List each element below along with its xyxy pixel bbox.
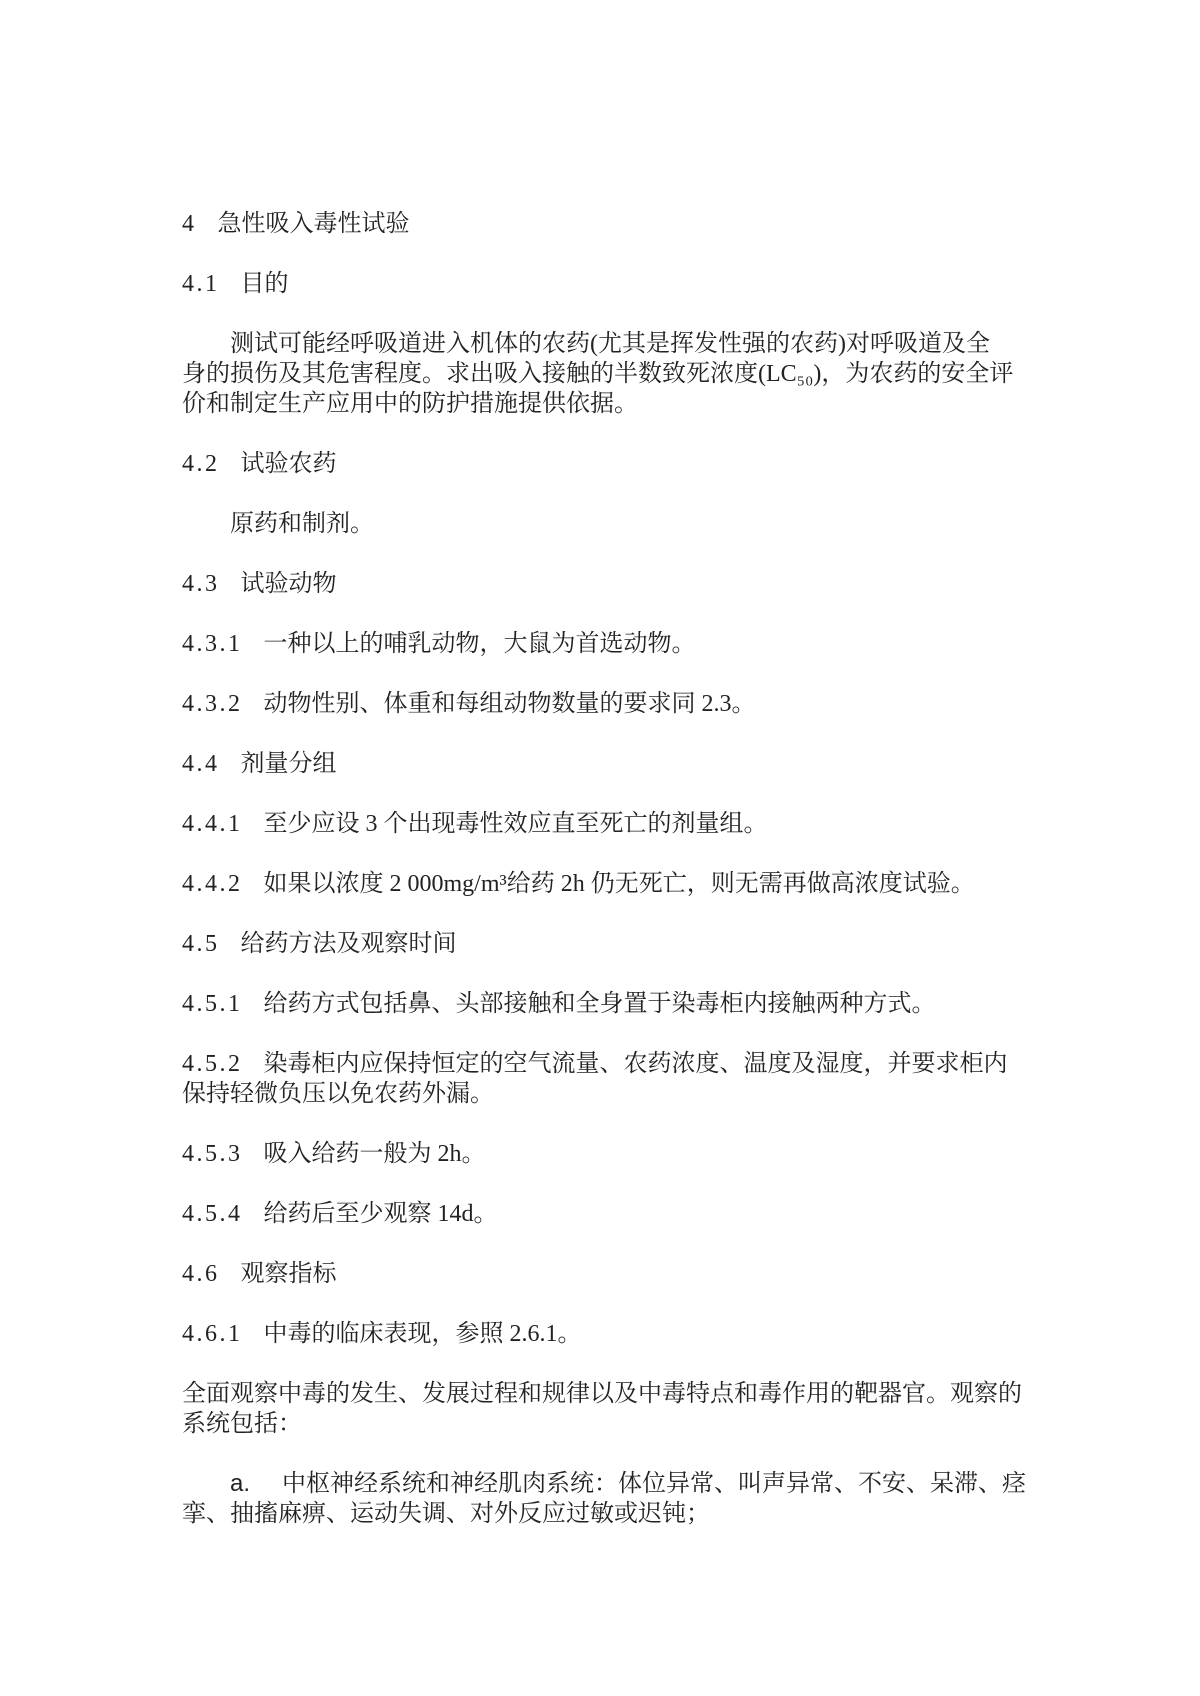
section-title: 试验农药: [241, 451, 337, 477]
text-line: 系统包括：: [182, 1409, 1042, 1439]
heading-line: 4.3试验动物: [182, 569, 1042, 599]
text-line: 原药和制剂。: [182, 509, 1042, 539]
text-line: 价和制定生产应用中的防护措施提供依据。: [182, 389, 1042, 419]
clause-4-3-2: 4.3.2动物性别、体重和每组动物数量的要求同 2.3。: [182, 689, 1042, 719]
paragraph-text: 测试可能经呼吸道进入机体的农药(尤其是挥发性强的农药)对呼吸道及全: [230, 331, 990, 357]
heading-line: 4.1目的: [182, 269, 1042, 299]
para-test-pesticide: 原药和制剂。: [182, 509, 1042, 539]
section-number: 4.4.1: [182, 811, 243, 837]
heading-section-4-1: 4.1目的: [182, 269, 1042, 299]
clause-text: 保持轻微负压以免农药外漏。: [182, 1081, 494, 1107]
heading-section-4-2: 4.2试验农药: [182, 449, 1042, 479]
section-number: 4.6.1: [182, 1321, 243, 1347]
heading-section-4: 4急性吸入毒性试验: [182, 209, 1042, 239]
first-line-indent: [182, 530, 230, 531]
clause-4-3-1: 4.3.1一种以上的哺乳动物，大鼠为首选动物。: [182, 629, 1042, 659]
clause-4-5-1: 4.5.1给药方式包括鼻、头部接触和全身置于染毒柜内接触两种方式。: [182, 989, 1042, 1019]
text-line: 4.5.2染毒柜内应保持恒定的空气流量、农药浓度、温度及湿度，并要求柜内: [182, 1049, 1042, 1079]
text-line: 4.3.2动物性别、体重和每组动物数量的要求同 2.3。: [182, 689, 1042, 719]
clause-4-5-4: 4.5.4给药后至少观察 14d。: [182, 1199, 1042, 1229]
text-line: 挛、抽搐麻痹、运动失调、对外反应过敏或迟钝；: [182, 1499, 1042, 1529]
para-purpose: 测试可能经呼吸道进入机体的农药(尤其是挥发性强的农药)对呼吸道及全身的损伤及其危…: [182, 329, 1042, 419]
text-line: 4.5.3吸入给药一般为 2h。: [182, 1139, 1042, 1169]
list-text: 挛、抽搐麻痹、运动失调、对外反应过敏或迟钝；: [182, 1501, 710, 1527]
document-body: 4急性吸入毒性试验4.1目的测试可能经呼吸道进入机体的农药(尤其是挥发性强的农药…: [182, 209, 1042, 1529]
heading-line: 4.4剂量分组: [182, 749, 1042, 779]
text-line: 保持轻微负压以免农药外漏。: [182, 1079, 1042, 1109]
paragraph-text: 原药和制剂。: [230, 511, 374, 537]
text-line: 身的损伤及其危害程度。求出吸入接触的半数致死浓度(LC₅₀)，为农药的安全评: [182, 359, 1042, 389]
clause-4-5-3: 4.5.3吸入给药一般为 2h。: [182, 1139, 1042, 1169]
section-number: 4.5.4: [182, 1201, 243, 1227]
clause-text: 吸入给药一般为 2h。: [264, 1141, 486, 1167]
text-line: 4.4.2如果以浓度 2 000mg/m³给药 2h 仍无死亡，则无需再做高浓度…: [182, 869, 1042, 899]
section-number: 4.5.2: [182, 1051, 243, 1077]
first-line-indent: [182, 350, 230, 351]
clause-4-4-1: 4.4.1至少应设 3 个出现毒性效应直至死亡的剂量组。: [182, 809, 1042, 839]
section-title: 试验动物: [241, 571, 337, 597]
document-page: 4急性吸入毒性试验4.1目的测试可能经呼吸道进入机体的农药(尤其是挥发性强的农药…: [0, 0, 1200, 1696]
heading-line: 4.2试验农药: [182, 449, 1042, 479]
clause-4-6-1: 4.6.1中毒的临床表现，参照 2.6.1。: [182, 1319, 1042, 1349]
paragraph-text: 价和制定生产应用中的防护措施提供依据。: [182, 391, 638, 417]
clause-text: 至少应设 3 个出现毒性效应直至死亡的剂量组。: [264, 811, 768, 837]
heading-section-4-4: 4.4剂量分组: [182, 749, 1042, 779]
section-number: 4.4.2: [182, 871, 243, 897]
text-line: 4.5.1给药方式包括鼻、头部接触和全身置于染毒柜内接触两种方式。: [182, 989, 1042, 1019]
first-line-indent: [182, 1490, 230, 1491]
heading-line: 4.6观察指标: [182, 1259, 1042, 1289]
text-line: 4.5.4给药后至少观察 14d。: [182, 1199, 1042, 1229]
paragraph-text: 系统包括：: [182, 1411, 302, 1437]
section-number: 4.2: [182, 451, 220, 477]
section-number: 4.3.2: [182, 691, 243, 717]
section-title: 急性吸入毒性试验: [218, 211, 410, 237]
heading-line: 4急性吸入毒性试验: [182, 209, 1042, 239]
paragraph-text: 全面观察中毒的发生、发展过程和规律以及中毒特点和毒作用的靶器官。观察的: [182, 1381, 1022, 1407]
section-number: 4.6: [182, 1261, 220, 1287]
heading-section-4-5: 4.5给药方法及观察时间: [182, 929, 1042, 959]
text-line: a.中枢神经系统和神经肌肉系统：体位异常、叫声异常、不安、呆滞、痉: [182, 1469, 1042, 1499]
heading-line: 4.5给药方法及观察时间: [182, 929, 1042, 959]
clause-text: 中毒的临床表现，参照 2.6.1。: [264, 1321, 582, 1347]
text-line: 全面观察中毒的发生、发展过程和规律以及中毒特点和毒作用的靶器官。观察的: [182, 1379, 1042, 1409]
text-line: 测试可能经呼吸道进入机体的农药(尤其是挥发性强的农药)对呼吸道及全: [182, 329, 1042, 359]
clause-text: 染毒柜内应保持恒定的空气流量、农药浓度、温度及湿度，并要求柜内: [264, 1051, 1008, 1077]
clause-4-5-2: 4.5.2染毒柜内应保持恒定的空气流量、农药浓度、温度及湿度，并要求柜内保持轻微…: [182, 1049, 1042, 1109]
section-title: 剂量分组: [241, 751, 337, 777]
list-item-a: a.中枢神经系统和神经肌肉系统：体位异常、叫声异常、不安、呆滞、痉挛、抽搐麻痹、…: [182, 1469, 1042, 1529]
clause-text: 如果以浓度 2 000mg/m³给药 2h 仍无死亡，则无需再做高浓度试验。: [264, 871, 975, 897]
list-marker: a.: [230, 1470, 250, 1497]
section-number: 4.3.1: [182, 631, 243, 657]
section-number: 4.4: [182, 751, 220, 777]
heading-section-4-6: 4.6观察指标: [182, 1259, 1042, 1289]
section-number: 4.5.3: [182, 1141, 243, 1167]
section-title: 目的: [241, 271, 289, 297]
section-title: 给药方法及观察时间: [241, 931, 457, 957]
clause-text: 动物性别、体重和每组动物数量的要求同 2.3。: [264, 691, 756, 717]
text-line: 4.4.1至少应设 3 个出现毒性效应直至死亡的剂量组。: [182, 809, 1042, 839]
section-number: 4.1: [182, 271, 220, 297]
section-title: 观察指标: [241, 1261, 337, 1287]
list-text: 中枢神经系统和神经肌肉系统：体位异常、叫声异常、不安、呆滞、痉: [282, 1471, 1026, 1497]
clause-text: 给药方式包括鼻、头部接触和全身置于染毒柜内接触两种方式。: [264, 991, 936, 1017]
text-line: 4.6.1中毒的临床表现，参照 2.6.1。: [182, 1319, 1042, 1349]
section-number: 4.5.1: [182, 991, 243, 1017]
paragraph-text: 身的损伤及其危害程度。求出吸入接触的半数致死浓度(LC₅₀)，为农药的安全评: [182, 361, 1013, 387]
section-number: 4: [182, 211, 197, 237]
para-observation-systems: 全面观察中毒的发生、发展过程和规律以及中毒特点和毒作用的靶器官。观察的系统包括：: [182, 1379, 1042, 1439]
section-number: 4.3: [182, 571, 220, 597]
text-line: 4.3.1一种以上的哺乳动物，大鼠为首选动物。: [182, 629, 1042, 659]
clause-4-4-2: 4.4.2如果以浓度 2 000mg/m³给药 2h 仍无死亡，则无需再做高浓度…: [182, 869, 1042, 899]
heading-section-4-3: 4.3试验动物: [182, 569, 1042, 599]
section-number: 4.5: [182, 931, 220, 957]
clause-text: 一种以上的哺乳动物，大鼠为首选动物。: [264, 631, 696, 657]
clause-text: 给药后至少观察 14d。: [264, 1201, 498, 1227]
